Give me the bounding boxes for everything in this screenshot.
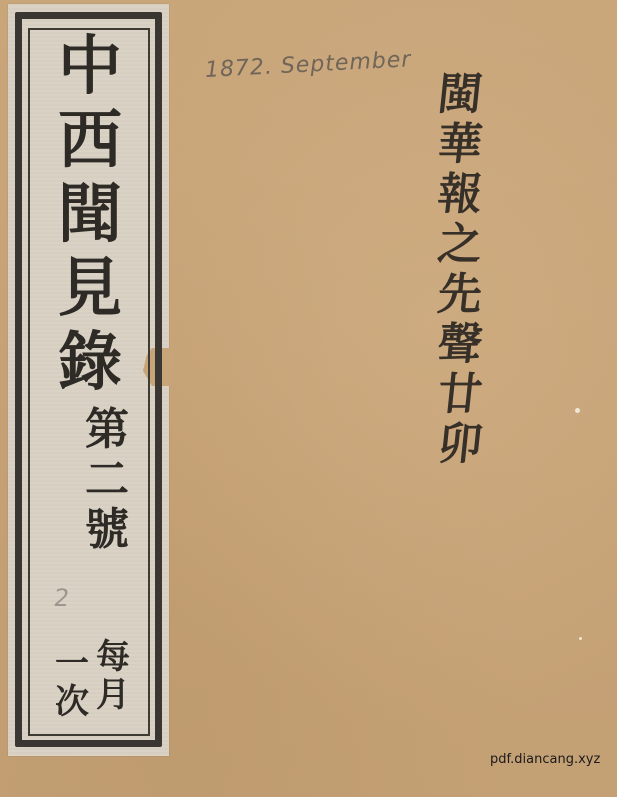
paper-speck (575, 408, 580, 413)
title-char: 聞 (58, 178, 122, 252)
issue-char: 號 (85, 505, 129, 555)
handwritten-char: 之 (435, 220, 484, 270)
handwritten-char: 廿 (435, 370, 484, 420)
handwritten-char: 華 (435, 120, 484, 170)
title-char: 西 (58, 104, 122, 178)
issue-char: 二 (85, 455, 129, 505)
paper-speck (579, 637, 582, 640)
frequency-char: 月 (96, 676, 130, 714)
handwritten-note: 閩 華 報 之 先 聲 廿 卯 (420, 70, 500, 470)
handwritten-char: 先 (435, 270, 484, 320)
title-char: 中 (58, 30, 122, 104)
title-char: 錄 (58, 326, 122, 400)
issue-number: 第 二 號 (80, 405, 134, 555)
frequency-char: 一 (55, 645, 89, 683)
frequency-left-column: 一 次 (52, 645, 92, 721)
issue-char: 第 (85, 405, 129, 455)
handwritten-char: 聲 (435, 320, 484, 370)
frequency-char: 次 (55, 683, 89, 721)
frequency-char: 每 (96, 638, 130, 676)
handwritten-char: 報 (435, 170, 484, 220)
publication-title: 中 西 聞 見 錄 (50, 30, 130, 400)
watermark-text: pdf.diancang.xyz (490, 752, 600, 767)
handwritten-char: 閩 (435, 70, 484, 120)
frequency-right-column: 每 月 (93, 638, 133, 714)
title-char: 見 (58, 252, 122, 326)
handwritten-char: 卯 (435, 420, 484, 470)
